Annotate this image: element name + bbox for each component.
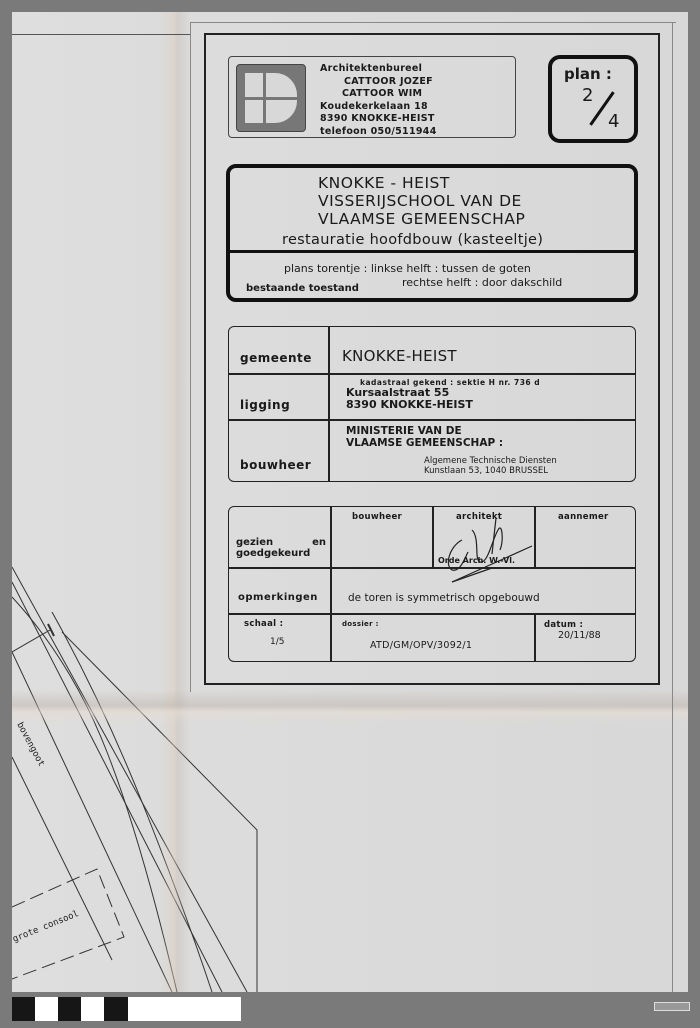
architect-street: Koudekerkelaan 18 bbox=[320, 101, 437, 114]
ligging-city: 8390 KNOKKE-HEIST bbox=[346, 399, 473, 411]
border-line bbox=[672, 22, 673, 992]
divider bbox=[226, 250, 638, 253]
ligging-label: ligging bbox=[240, 398, 290, 412]
archive-tag bbox=[654, 1002, 690, 1011]
architect-name-1: CATTOOR JOZEF bbox=[320, 76, 437, 89]
border-line bbox=[12, 34, 190, 35]
datum-value: 20/11/88 bbox=[558, 630, 601, 641]
ligging-value: Kursaalstraat 55 8390 KNOKKE-HEIST bbox=[346, 387, 473, 411]
architect-title: Architektenbureel bbox=[320, 63, 437, 76]
orde-stamp: Orde Arch. W.-Vl. bbox=[438, 556, 515, 565]
title-line-3: VLAAMSE GEMEENSCHAP bbox=[318, 210, 525, 228]
architect-logo-icon bbox=[236, 64, 306, 132]
project-title: KNOKKE - HEIST VISSERIJSCHOOL VAN DE VLA… bbox=[318, 174, 525, 228]
bouwheer-address: Algemene Technische Diensten Kunstlaan 5… bbox=[424, 456, 557, 476]
plan-number: 2 bbox=[582, 85, 593, 106]
dossier-label: dossier : bbox=[342, 620, 379, 628]
bouwheer-street: Kunstlaan 53, 1040 BRUSSEL bbox=[424, 466, 557, 476]
gemeente-label: gemeente bbox=[240, 351, 312, 365]
border-line bbox=[190, 22, 676, 23]
project-subtitle: restauratie hoofdbouw (kasteeltje) bbox=[282, 232, 543, 248]
divider bbox=[330, 506, 332, 662]
plan-total: 4 bbox=[608, 111, 619, 132]
bouwheer-dept: Algemene Technische Diensten bbox=[424, 456, 557, 466]
divider bbox=[228, 419, 636, 421]
col-bouwheer: bouwheer bbox=[352, 512, 402, 522]
architect-city: 8390 KNOKKE-HEIST bbox=[320, 113, 437, 126]
gemeente-value: KNOKKE-HEIST bbox=[342, 347, 457, 365]
bouwheer-line-2: VLAAMSE GEMEENSCHAP : bbox=[346, 437, 503, 449]
dossier-value: ATD/GM/OPV/3092/1 bbox=[370, 640, 472, 651]
label-bovengoot: bovengoot bbox=[14, 721, 46, 769]
plans-description-1: plans torentje : linkse helft : tussen d… bbox=[284, 262, 531, 275]
architect-phone: telefoon 050/511944 bbox=[320, 126, 437, 139]
architect-info: Architektenbureel CATTOOR JOZEF CATTOOR … bbox=[320, 63, 437, 138]
title-line-2: VISSERIJSCHOOL VAN DE bbox=[318, 192, 525, 210]
paper-fold-vertical bbox=[160, 12, 190, 992]
border-line bbox=[190, 22, 191, 692]
label-grote-consool: grote consool bbox=[12, 909, 80, 945]
bouwheer-value: MINISTERIE VAN DE VLAAMSE GEMEENSCHAP : bbox=[346, 425, 503, 449]
status-label: bestaande toestand bbox=[246, 283, 359, 294]
divider bbox=[534, 614, 536, 662]
gezien-label: gezienen goedgekeurd bbox=[236, 537, 326, 559]
plan-label: plan : bbox=[564, 65, 612, 83]
title-line-1: KNOKKE - HEIST bbox=[318, 174, 525, 192]
bouwheer-line-1: MINISTERIE VAN DE bbox=[346, 425, 503, 437]
schaal-value: 1/5 bbox=[270, 637, 284, 647]
color-scale-bar bbox=[12, 997, 241, 1021]
schaal-label: schaal : bbox=[244, 619, 283, 629]
opmerkingen-label: opmerkingen bbox=[238, 592, 318, 603]
architect-signature bbox=[432, 510, 542, 590]
col-aannemer: aannemer bbox=[558, 512, 609, 522]
bouwheer-label: bouwheer bbox=[240, 458, 311, 472]
plan-number-box: plan : 2 4 bbox=[548, 55, 638, 143]
plans-description-2: rechtse helft : door dakschild bbox=[402, 276, 562, 289]
divider bbox=[328, 326, 330, 482]
datum-label: datum : bbox=[544, 620, 583, 630]
architect-name-2: CATTOOR WIM bbox=[320, 88, 437, 101]
divider bbox=[228, 373, 636, 375]
paper-fold-horizontal bbox=[12, 690, 688, 724]
divider bbox=[228, 613, 636, 615]
opmerkingen-value: de toren is symmetrisch opgebouwd bbox=[348, 592, 540, 604]
